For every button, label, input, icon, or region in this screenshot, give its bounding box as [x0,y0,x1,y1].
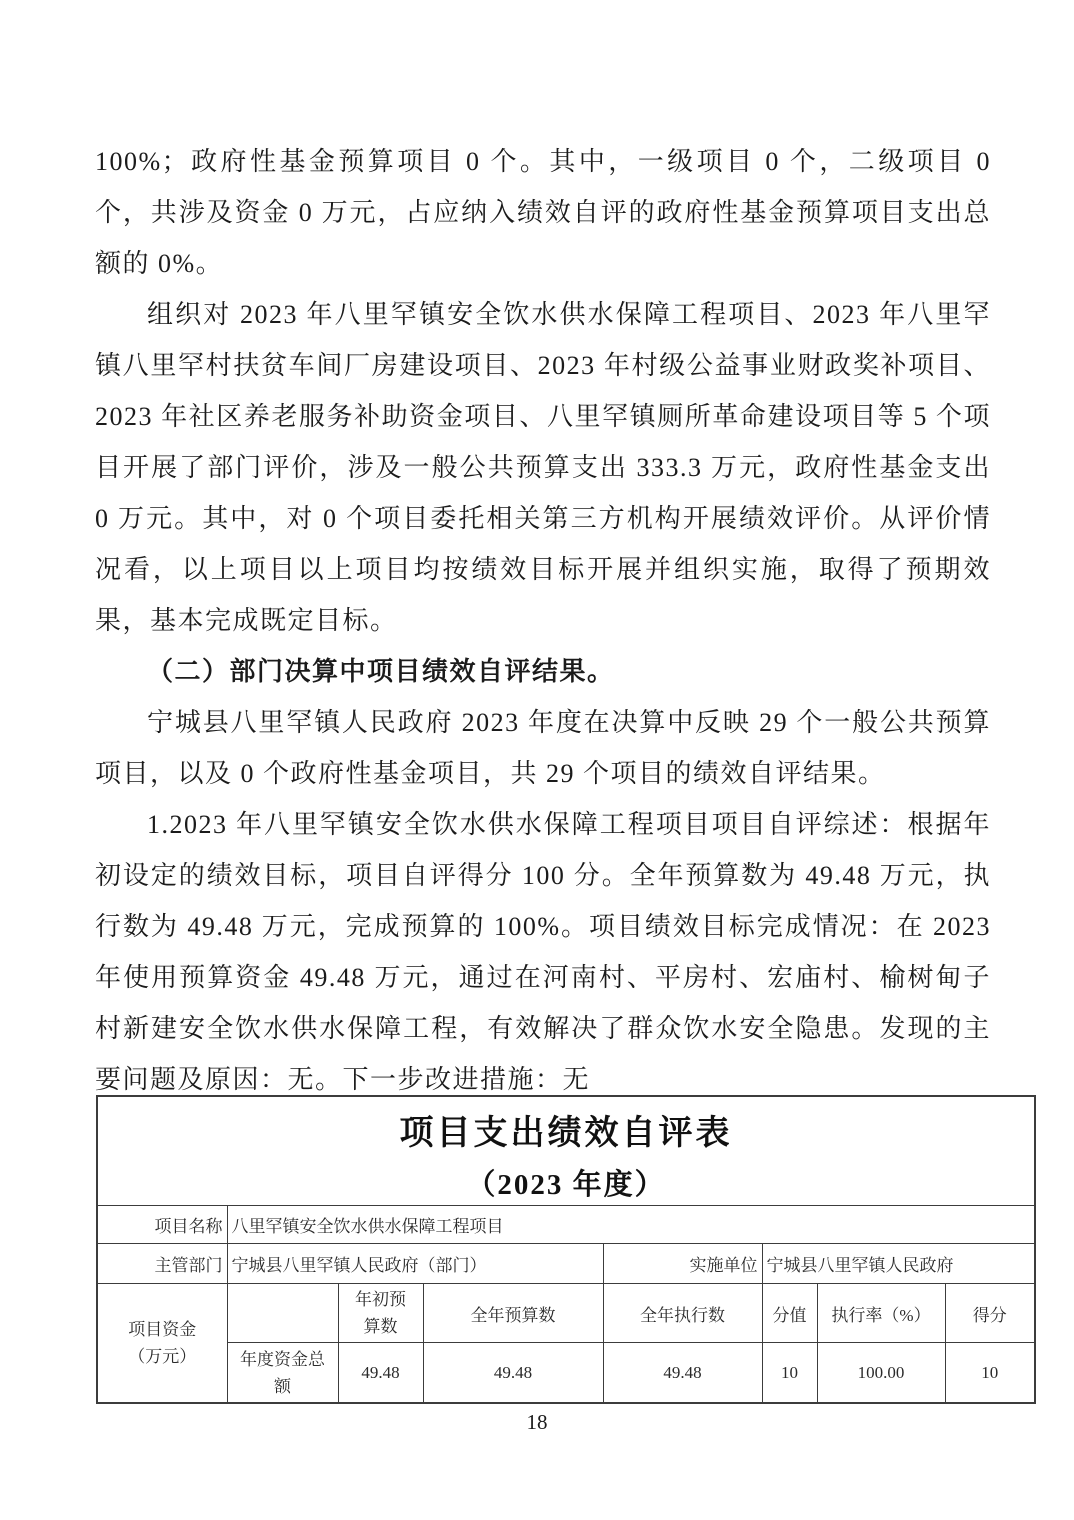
col-annual-budget: 全年预算数 [423,1284,603,1343]
initial-budget-value: 49.48 [338,1343,423,1404]
paragraph-self-eval-overview: 宁城县八里罕镇人民政府 2023 年度在决算中反映 29 个一般公共预算项目，以… [95,697,991,799]
col-score: 得分 [945,1284,1035,1343]
performance-self-evaluation-table: 项目支出绩效自评表 （2023 年度） 项目名称 八里罕镇安全饮水供水保障工程项… [96,1095,1036,1404]
table-subtitle: （2023 年度） [102,1162,1030,1203]
table-title: 项目支出绩效自评表 [102,1105,1030,1154]
competent-dept-value: 宁城县八里罕镇人民政府（部门） [227,1244,603,1284]
col-points: 分值 [762,1284,817,1343]
implement-unit-label: 实施单位 [603,1244,762,1284]
project-name-value: 八里罕镇安全饮水供水保障工程项目 [227,1206,1035,1244]
annual-execution-value: 49.48 [603,1343,762,1404]
score-value: 10 [945,1343,1035,1404]
department-row: 主管部门 宁城县八里罕镇人民政府（部门） 实施单位 宁城县八里罕镇人民政府 [97,1244,1035,1284]
document-page: 100%；政府性基金预算项目 0 个。其中，一级项目 0 个，二级项目 0 个，… [0,0,1074,1520]
funds-blank-cell [227,1284,338,1343]
funds-label: 项目资金 （万元） [97,1284,227,1404]
annual-budget-value: 49.48 [423,1343,603,1404]
annual-funds-total-row: 年度资金总 额 49.48 49.48 49.48 10 100.00 10 [97,1343,1035,1404]
page-number: 18 [0,1410,1074,1435]
col-annual-execution: 全年执行数 [603,1284,762,1343]
competent-dept-label: 主管部门 [97,1244,227,1284]
paragraph-dept-evaluation: 组织对 2023 年八里罕镇安全饮水供水保障工程项目、2023 年八里罕镇八里罕… [95,289,991,646]
funds-header-row: 项目资金 （万元） 年初预 算数 全年预算数 全年执行数 分值 执行率（%） 得… [97,1284,1035,1343]
paragraph-project-1-summary: 1.2023 年八里罕镇安全饮水供水保障工程项目项目自评综述：根据年初设定的绩效… [95,799,991,1105]
paragraph-govt-fund-summary: 100%；政府性基金预算项目 0 个。其中，一级项目 0 个，二级项目 0 个，… [95,136,991,289]
execution-rate-value: 100.00 [817,1343,945,1404]
points-value: 10 [762,1343,817,1404]
annual-funds-total-label: 年度资金总 额 [227,1343,338,1404]
project-name-row: 项目名称 八里罕镇安全饮水供水保障工程项目 [97,1206,1035,1244]
section-heading: （二）部门决算中项目绩效自评结果。 [95,646,991,697]
project-name-label: 项目名称 [97,1206,227,1244]
body-text: 100%；政府性基金预算项目 0 个。其中，一级项目 0 个，二级项目 0 个，… [95,136,991,1105]
table-title-row: 项目支出绩效自评表 （2023 年度） [97,1096,1035,1206]
col-execution-rate: 执行率（%） [817,1284,945,1343]
col-initial-budget: 年初预 算数 [338,1284,423,1343]
implement-unit-value: 宁城县八里罕镇人民政府 [762,1244,1035,1284]
